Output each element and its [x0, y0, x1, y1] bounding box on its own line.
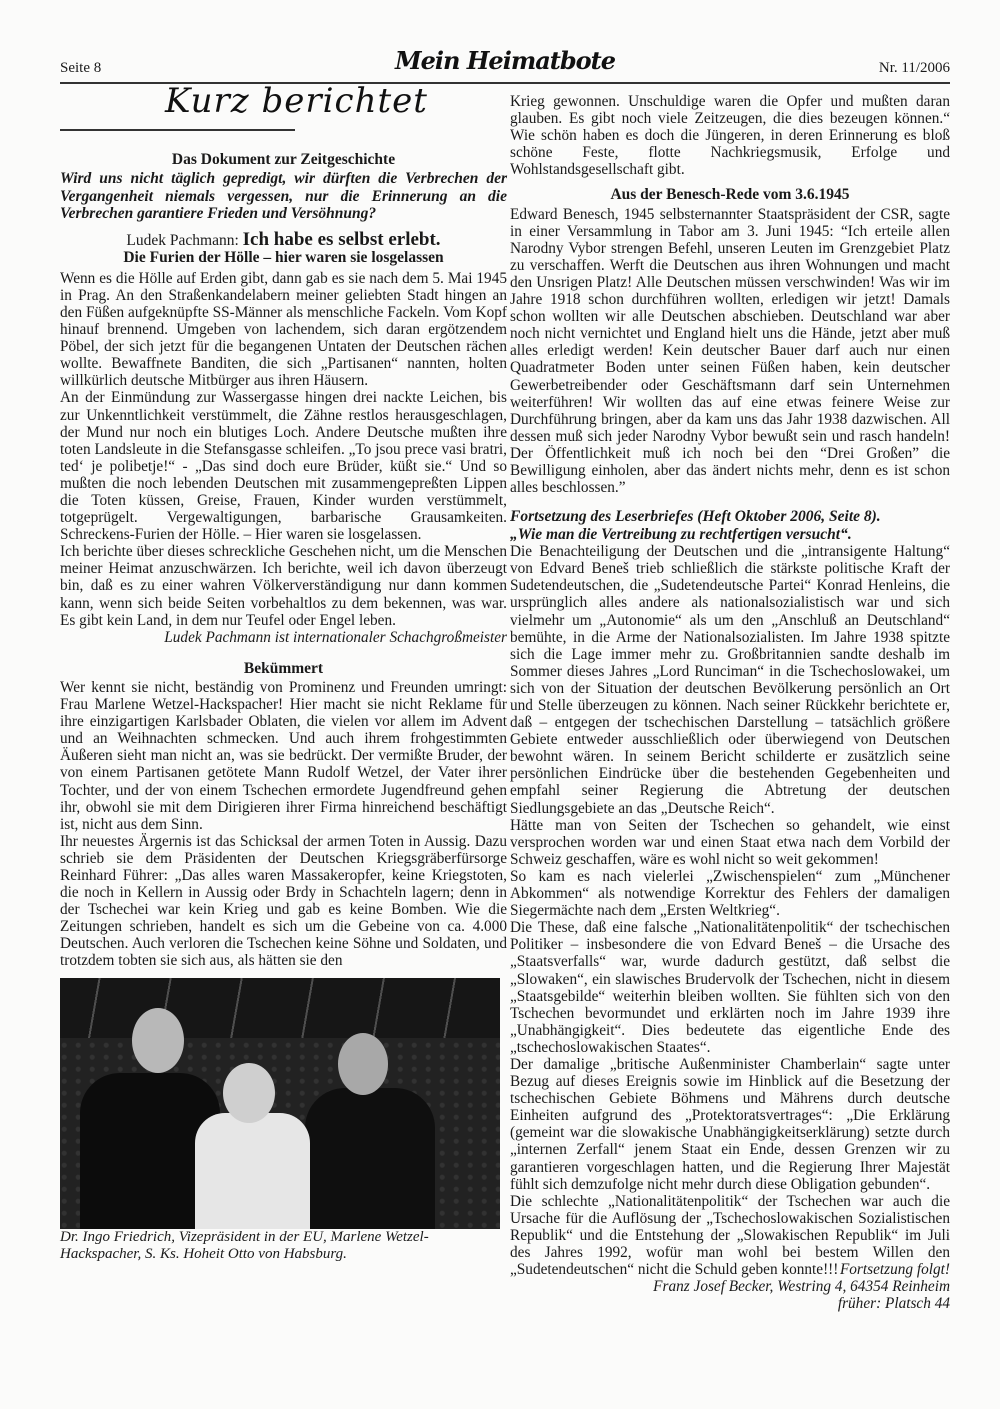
paragraph: Die These, daß eine falsche „Nationalitä…: [510, 919, 950, 1056]
person-left-head: [132, 1008, 184, 1073]
paragraph: Wer kennt sie nicht, beständig von Promi…: [60, 679, 507, 833]
article-heading-line2: „Wie man die Vertreibung zu rechtfertige…: [510, 526, 950, 544]
page-number: Seite 8: [60, 60, 101, 77]
article-heading-line1: Fortsetzung des Leserbriefes (Heft Oktob…: [510, 508, 950, 526]
article-bekuemmert: Bekümmert Wer kennt sie nicht, beständig…: [60, 660, 507, 970]
paragraph: Hätte man von Seiten der Tschechen so ge…: [510, 817, 950, 868]
paragraph: Ich berichte über dieses schreckliche Ge…: [60, 543, 507, 628]
article-dokument: Das Dokument zur Zeitgeschichte Wird uns…: [60, 151, 507, 646]
author-former-address: früher: Platsch 44: [510, 1295, 950, 1312]
left-column: Kurz berichtet Das Dokument zur Zeitgesc…: [60, 93, 507, 1263]
article-subheading: Die Furien der Hölle – hier waren sie lo…: [60, 249, 507, 266]
right-column: Krieg gewonnen. Unschuldige waren die Op…: [510, 93, 950, 1312]
hall-lights: [60, 978, 500, 1038]
paragraph: Wenn es die Hölle auf Erden gibt, dann g…: [60, 270, 507, 390]
article-signature: Ludek Pachmann ist internationaler Schac…: [60, 629, 507, 646]
article-heading: Das Dokument zur Zeitgeschichte: [60, 151, 507, 168]
article-byline: Ludek Pachmann: Ich habe es selbst erleb…: [60, 231, 507, 249]
section-title: Kurz berichtet: [165, 93, 428, 110]
continued-note: Fortsetzung folgt!: [840, 1261, 950, 1278]
article-heading: Aus der Benesch-Rede vom 3.6.1945: [510, 186, 950, 203]
issue-number: Nr. 11/2006: [879, 60, 950, 77]
author-address: Franz Josef Becker, Westring 4, 64354 Re…: [510, 1278, 950, 1295]
byline-author: Ludek Pachmann:: [126, 232, 242, 249]
paragraph: Die schlechte „Nationalitätenpolitik“ de…: [510, 1193, 950, 1278]
article-leserbrief: Fortsetzung des Leserbriefes (Heft Oktob…: [510, 508, 950, 1312]
person-right-head: [338, 1033, 388, 1095]
person-right-body: [305, 1088, 435, 1229]
article-benesch-rede: Aus der Benesch-Rede vom 3.6.1945 Edward…: [510, 186, 950, 496]
byline-title: Ich habe es selbst erlebt.: [243, 229, 441, 250]
paragraph: Ihr neuestes Ärgernis ist das Schicksal …: [60, 833, 507, 970]
person-center-head: [223, 1063, 275, 1123]
continued-paragraph: Krieg gewonnen. Unschuldige waren die Op…: [510, 93, 950, 178]
paragraph: Edward Benesch, 1945 selbsternannter Sta…: [510, 206, 950, 497]
paragraph: Die Benachteiligung der Deutschen und di…: [510, 543, 950, 817]
paragraph: An der Einmündung zur Wassergasse hingen…: [60, 389, 507, 543]
page-header: Seite 8 Mein Heimatbote Nr. 11/2006: [60, 58, 950, 82]
section-title-underline: [60, 129, 295, 131]
paragraph: So kam es nach vielerlei „Zwischenspiele…: [510, 868, 950, 919]
person-center-body: [195, 1113, 310, 1229]
photo-caption: Dr. Ingo Friedrich, Vizepräsident in der…: [60, 1229, 507, 1263]
article-lead: Wird uns nicht täglich gepredigt, wir dü…: [60, 170, 507, 223]
article-heading: Bekümmert: [60, 660, 507, 677]
paragraph: Der damalige „britische Außenminister Ch…: [510, 1056, 950, 1193]
newspaper-masthead: Mein Heimatbote: [395, 46, 615, 75]
section-title-block: Kurz berichtet: [60, 93, 507, 145]
news-photo: [60, 978, 500, 1229]
